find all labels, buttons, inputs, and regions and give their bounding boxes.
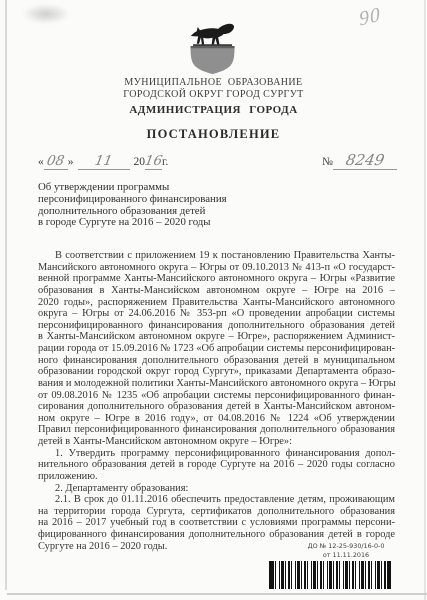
date-day: 08 bbox=[44, 153, 68, 170]
body-line: образования в Ханты-Мансийском автономно… bbox=[38, 285, 395, 297]
quote-close: » bbox=[68, 156, 74, 168]
body-line: фицированного финансирования дополнитель… bbox=[38, 529, 395, 541]
date-number-row: «08»112016г. №8249 bbox=[38, 151, 397, 170]
fox-icon bbox=[189, 21, 237, 47]
shield-icon bbox=[189, 45, 237, 75]
org-name-line2: ГОРОДСКОЙ ОКРУГ ГОРОД СУРГУТ bbox=[0, 89, 427, 100]
surgut-coat-of-arms bbox=[189, 21, 237, 75]
administration-label: АДМИНИСТРАЦИЯ ГОРОДА bbox=[0, 104, 427, 116]
year-suffix: г. bbox=[162, 156, 168, 168]
body-line: персонифицированного финансирования допо… bbox=[38, 320, 395, 332]
body-line: Мансийского автономного округа – Югры от… bbox=[38, 262, 395, 274]
date-year: 16 bbox=[145, 153, 162, 170]
body-line: вания и молодежной политики Ханты-Мансий… bbox=[38, 378, 395, 390]
body-line: в Ханты-Мансийском автономном округе – Ю… bbox=[38, 331, 395, 343]
body-line: ного финансирования дополнительного обра… bbox=[38, 355, 395, 367]
body-line: ном округе – Югре в 2016 году», от 04.08… bbox=[38, 413, 395, 425]
registration-number: ДО № 12-25-930/16-0-0 bbox=[282, 542, 410, 551]
body-line: Правил персонифицированного финансирован… bbox=[38, 424, 395, 436]
title-line: персонифицированного финансирования bbox=[38, 194, 227, 206]
number-value-wrap: 8249 bbox=[333, 151, 397, 170]
registration-date: от 11.11.2016 bbox=[282, 551, 410, 560]
body-line: на территории города Сургута, сертификат… bbox=[38, 506, 395, 518]
barcode-icon bbox=[269, 561, 391, 589]
body-line: 2. Департаменту образования: bbox=[38, 483, 395, 495]
body-line: венной программе Ханты-Мансийского автон… bbox=[38, 273, 395, 285]
body-line: детей в Ханты-Мансийском автономном окру… bbox=[38, 436, 395, 448]
scanned-document-page: 90 МУНИЦИПАЛЬНОЕ ОБРАЗОВАНИЕ ГОРОДСКОЙ О… bbox=[0, 0, 427, 600]
document-date: «08»112016г. bbox=[38, 153, 168, 170]
document-number: №8249 bbox=[322, 151, 397, 170]
title-line: в городе Сургуте на 2016 – 2020 годы bbox=[38, 217, 227, 229]
body-line: 2.1. В срок до 01.11.2016 обеспечить пре… bbox=[38, 494, 395, 506]
document-title: Об утверждении программы персонифицирова… bbox=[38, 182, 227, 229]
body-line: 2020 годы», распоряжением Правительства … bbox=[38, 297, 395, 309]
date-month: 11 bbox=[78, 153, 130, 170]
body-line: на 2016 – 2017 учебный год в соответстви… bbox=[38, 517, 395, 529]
pencil-smudge bbox=[22, 4, 70, 24]
body-line: 1. Утвердить программу персонифицированн… bbox=[38, 448, 395, 460]
scan-edge-bottom bbox=[7, 593, 427, 595]
handwritten-page-number: 90 bbox=[358, 3, 382, 31]
document-type-heading: ПОСТАНОВЛЕНИЕ bbox=[0, 127, 427, 142]
body-line: приложению. bbox=[38, 471, 395, 483]
body-line: рации города от 15.09.2016 № 1723 «Об ап… bbox=[38, 343, 395, 355]
body-line: округа – Югры от 24.06.2016 № 353-рп «О … bbox=[38, 308, 395, 320]
body-line: образовании городской округ город Сургут… bbox=[38, 366, 395, 378]
body-line: от 09.08.2016 № 1235 «Об апробации систе… bbox=[38, 390, 395, 402]
document-body: В соответствии с приложением 19 к постан… bbox=[38, 250, 395, 552]
body-line: В соответствии с приложением 19 к постан… bbox=[38, 250, 395, 262]
number-label: № bbox=[322, 156, 333, 168]
body-line: нительного образования детей в городе Су… bbox=[38, 459, 395, 471]
body-line: сирования дополнительного образования де… bbox=[38, 401, 395, 413]
registration-stamp: ДО № 12-25-930/16-0-0 от 11.11.2016 bbox=[282, 542, 410, 561]
org-name-line1: МУНИЦИПАЛЬНОЕ ОБРАЗОВАНИЕ bbox=[0, 77, 427, 88]
